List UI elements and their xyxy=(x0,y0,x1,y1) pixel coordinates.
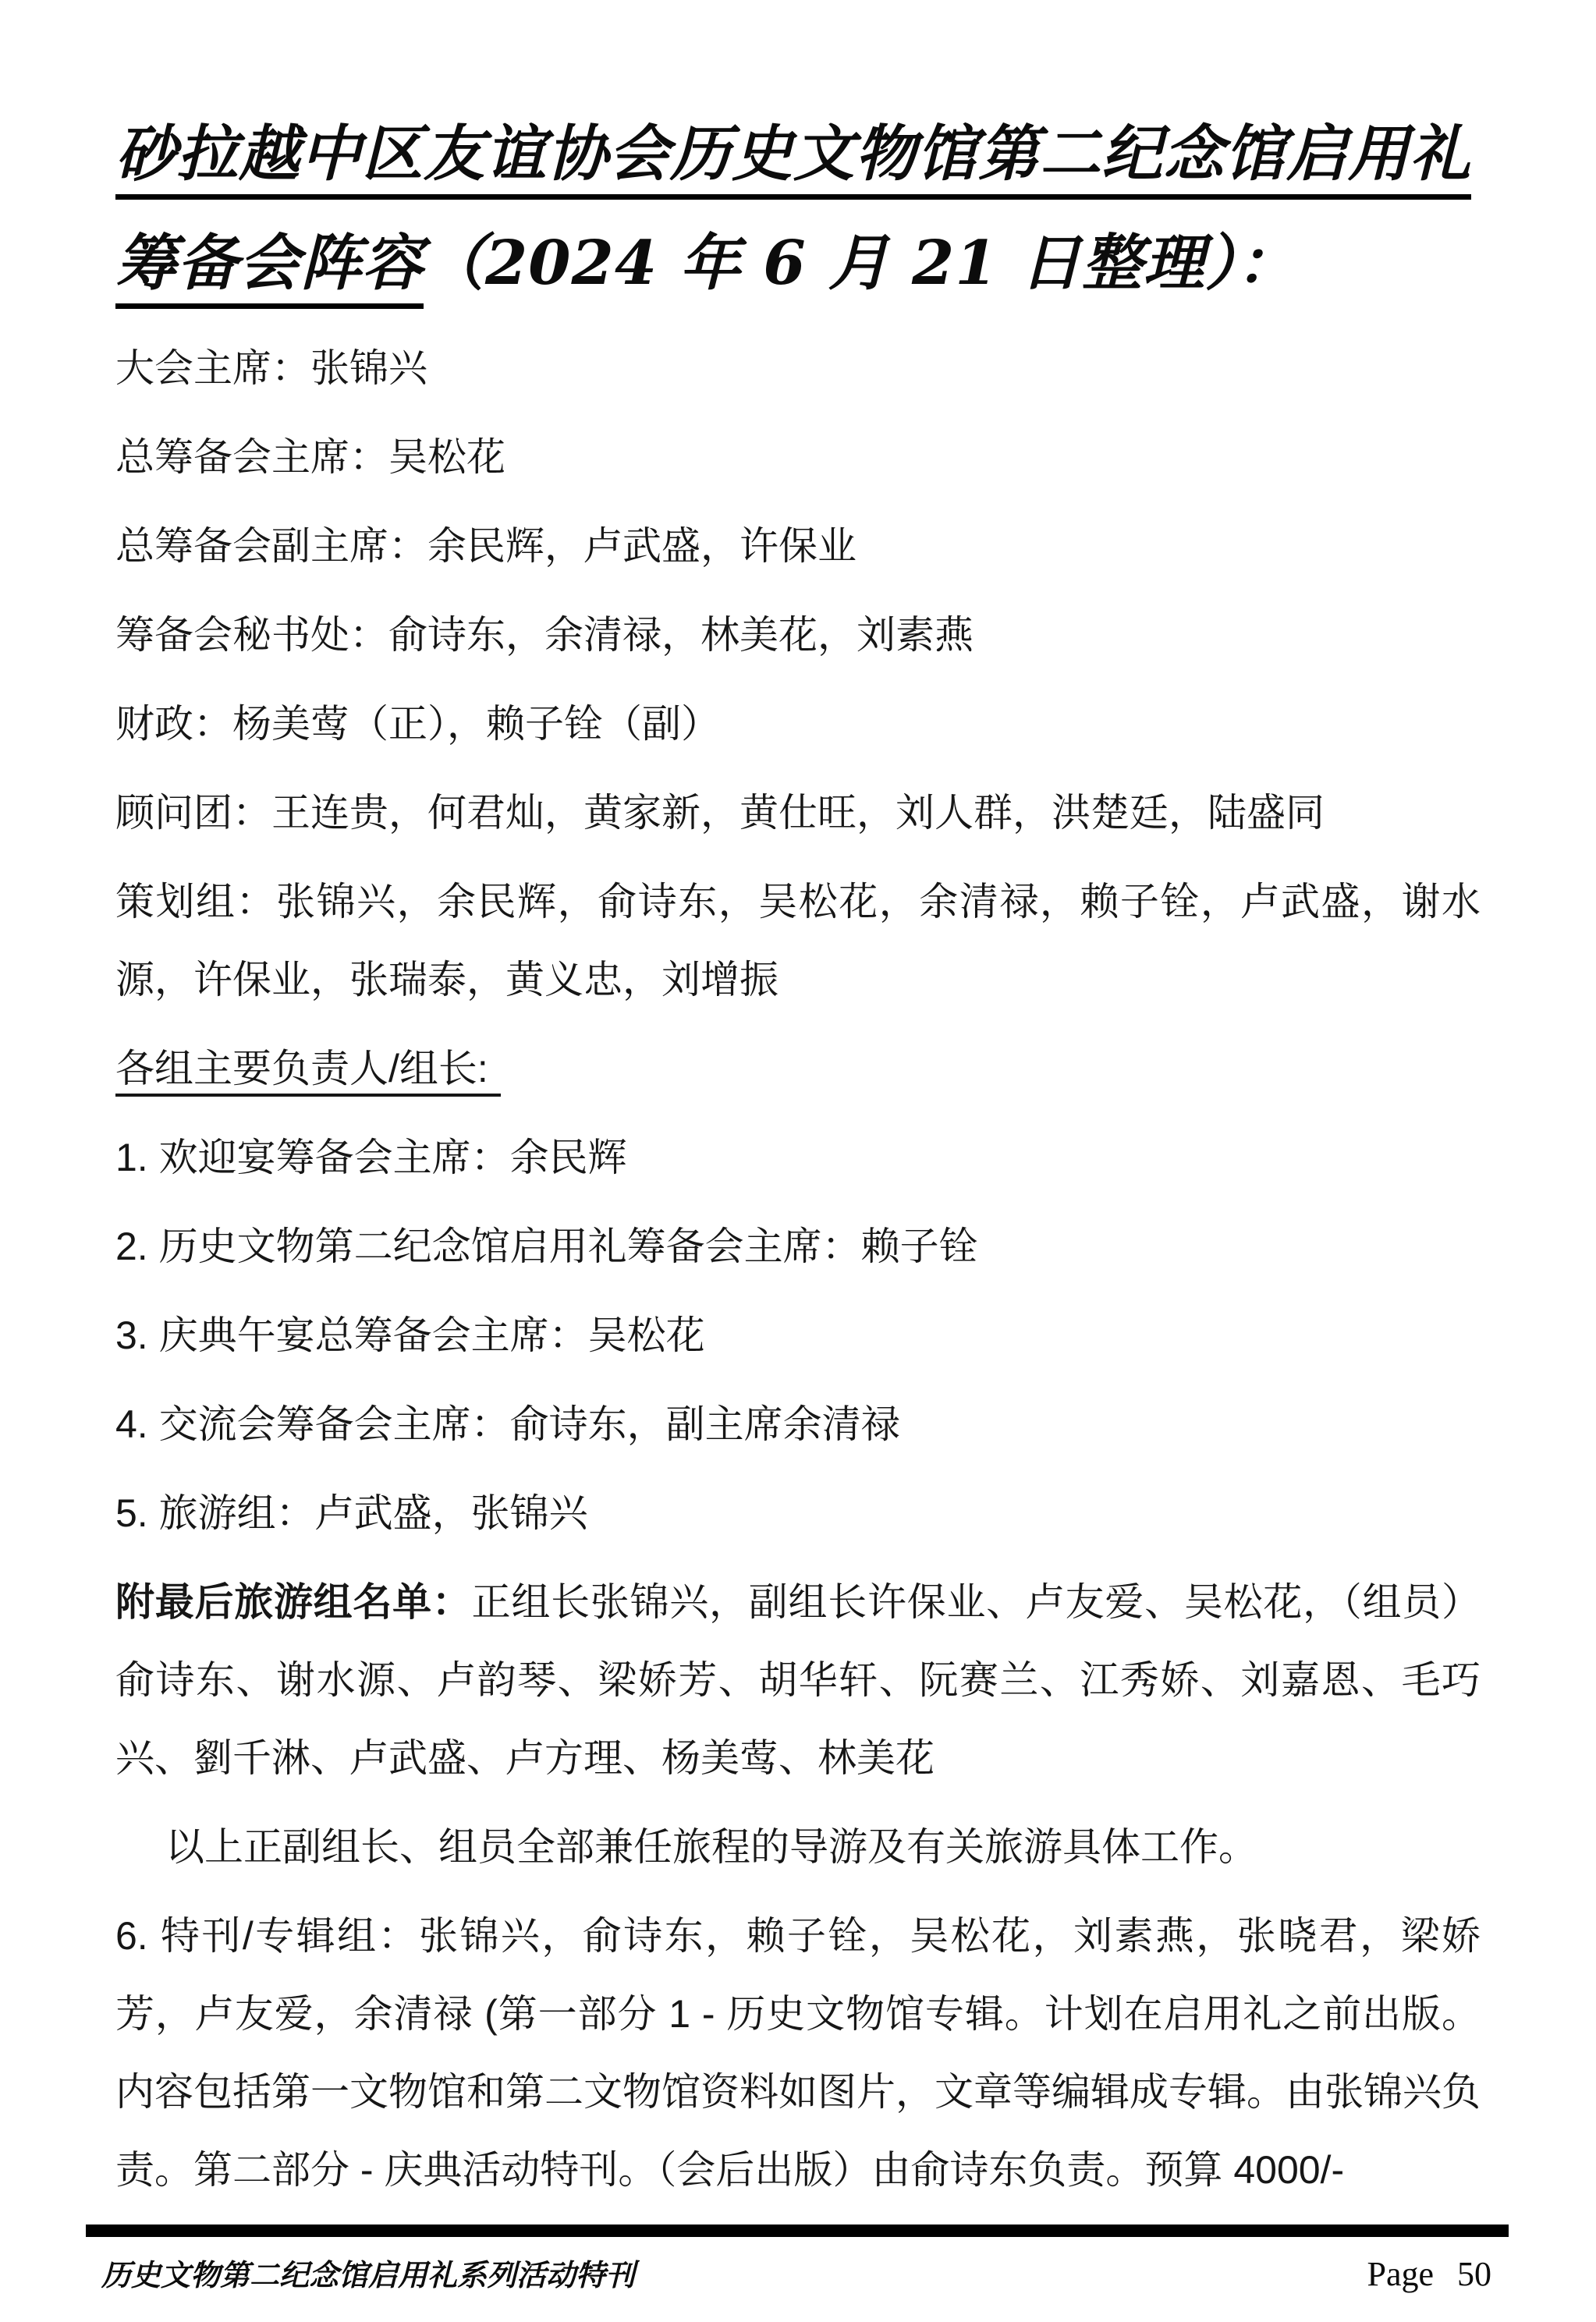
paragraph-tour-group-list: 附最后旅游组名单：正组长张锦兴，副组长许保业、卢友爱、吴松花，（组员）俞诗东、谢… xyxy=(115,1563,1481,1797)
footer-row: 历史文物第二纪念馆启用礼系列活动特刊 Page50 xyxy=(86,2251,1509,2294)
paragraph-group-leaders-heading: 各组主要负责人/组长: xyxy=(115,1030,1481,1108)
footer-publication-title: 历史文物第二纪念馆启用礼系列活动特刊 xyxy=(101,2251,635,2294)
paragraph-item-5: 5. 旅游组：卢武盛，张锦兴 xyxy=(115,1474,1481,1552)
title-line-2: 筹备会阵容（2024 年 6 月 21 日整理）： xyxy=(115,209,1481,318)
paragraph-item-2: 2. 历史文物第二纪念馆启用礼筹备会主席：赖子铨 xyxy=(115,1207,1481,1285)
footer-page-number: 50 xyxy=(1457,2255,1491,2293)
paragraph-secretariat: 筹备会秘书处：俞诗东，余清禄，林美花，刘素燕 xyxy=(115,596,1481,674)
paragraph-item-4: 4. 交流会筹备会主席：俞诗东，副主席余清禄 xyxy=(115,1385,1481,1463)
paragraph-finance: 财政：杨美莺（正），赖子铨（副） xyxy=(115,685,1481,763)
title-line-2-underlined: 筹备会阵容 xyxy=(115,228,424,309)
paragraph-chief-organizer: 总筹备会主席：吴松花 xyxy=(115,418,1481,496)
paragraph-advisors: 顾问团：王连贵，何君灿，黄家新，黄仕旺，刘人群，洪楚廷，陆盛同 xyxy=(115,774,1481,852)
paragraph-planning-group: 策划组：张锦兴，余民辉，俞诗东，吴松花，余清禄，赖子铨，卢武盛，谢水源，许保业，… xyxy=(115,863,1481,1019)
title-line-1: 砂拉越中区友谊协会历史文物馆第二纪念馆启用礼 xyxy=(115,100,1481,209)
footer-page-indicator: Page50 xyxy=(1367,2254,1491,2294)
page-footer: 历史文物第二纪念馆启用礼系列活动特刊 Page50 xyxy=(86,2225,1509,2294)
title-line-2-date: （2024 年 6 月 21 日整理）： xyxy=(424,228,1298,299)
document-page: 砂拉越中区友谊协会历史文物馆第二纪念馆启用礼 筹备会阵容（2024 年 6 月 … xyxy=(0,0,1596,2322)
paragraph-item-3: 3. 庆典午宴总筹备会主席：吴松花 xyxy=(115,1296,1481,1374)
footer-divider-rule xyxy=(86,2225,1509,2237)
paragraph-tour-note: 以上正副组长、组员全部兼任旅程的导游及有关旅游具体工作。 xyxy=(115,1808,1481,1886)
footer-page-label: Page xyxy=(1367,2255,1434,2293)
group-leaders-heading-text: 各组主要负责人/组长: xyxy=(115,1047,501,1097)
tour-group-list-lead: 附最后旅游组名单： xyxy=(115,1580,472,1624)
paragraph-item-6: 6. 特刊/专辑组：张锦兴，俞诗东，赖子铨，吴松花，刘素燕，张晓君，梁娇芳，卢友… xyxy=(115,1897,1481,2209)
paragraph-deputy-organizers: 总筹备会副主席：余民辉，卢武盛，许保业 xyxy=(115,507,1481,585)
paragraph-chairman: 大会主席：张锦兴 xyxy=(115,329,1481,407)
title-line-1-text: 砂拉越中区友谊协会历史文物馆第二纪念馆启用礼 xyxy=(115,119,1471,200)
document-title: 砂拉越中区友谊协会历史文物馆第二纪念馆启用礼 筹备会阵容（2024 年 6 月 … xyxy=(115,100,1481,318)
paragraph-item-1: 1. 欢迎宴筹备会主席：余民辉 xyxy=(115,1118,1481,1196)
